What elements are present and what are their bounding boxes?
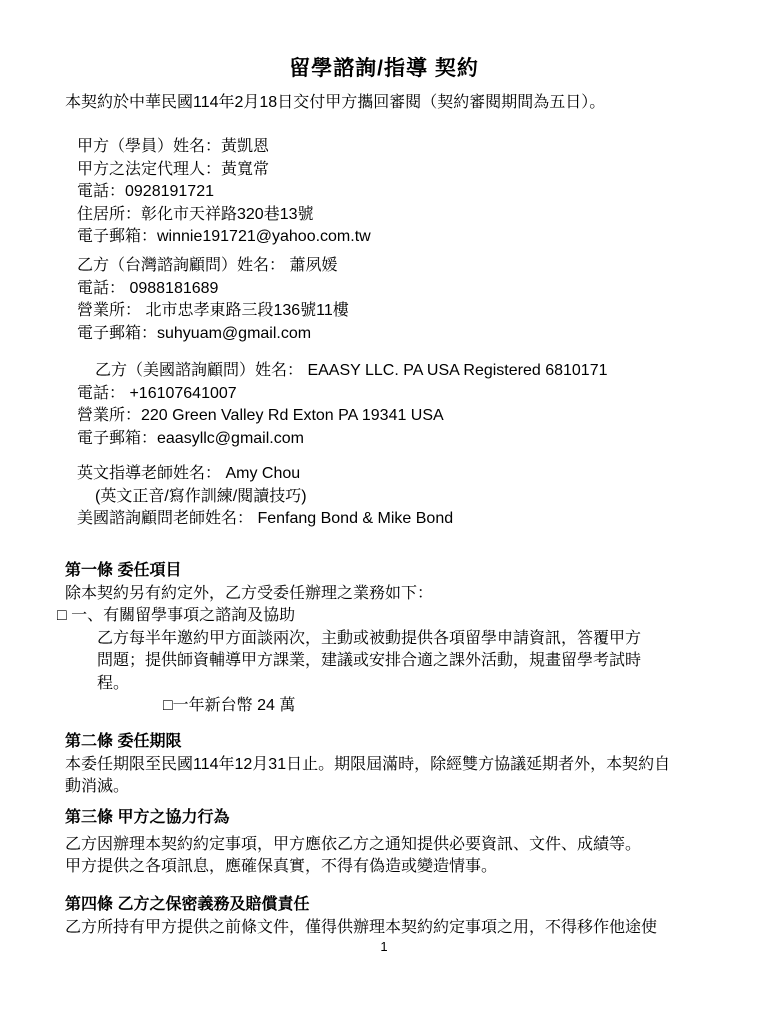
- article-2-body-line-2: 動消滅。: [65, 776, 670, 799]
- party-b-taiwan-section: 乙方（台灣諮詢顧問）姓名： 蕭夙媛 電話： 0988181689 營業所： 北市…: [77, 255, 349, 345]
- article-1-item-1-desc-line-2: 問題；提供師資輔導甲方課業，建議或安排合適之課外活動，規畫留學考試時: [97, 650, 768, 673]
- article-1-heading: 第一條 委任項目: [65, 560, 768, 583]
- party-a-phone: 電話：0928191721: [77, 181, 371, 204]
- party-b-usa-name: 乙方（美國諮詢顧問）姓名： EAASY LLC. PA USA Register…: [77, 360, 608, 383]
- us-consultants-name: 美國諮詢顧問老師姓名： Fenfang Bond & Mike Bond: [77, 508, 453, 531]
- article-3-body-line-2: 甲方提供之各項訊息，應確保真實，不得有偽造或變造情事。: [65, 856, 641, 879]
- article-1-section: 第一條 委任項目 除本契約另有約定外，乙方受委任辦理之業務如下： □ 一、有關留…: [0, 560, 768, 718]
- article-1-intro: 除本契約另有約定外，乙方受委任辦理之業務如下：: [65, 583, 768, 606]
- party-b-usa-office: 營業所：220 Green Valley Rd Exton PA 19341 U…: [77, 405, 608, 428]
- article-1-item-1-desc-line-3: 程。: [97, 673, 768, 696]
- article-2-body-line-1: 本委任期限至民國114年12月31日止。期限屆滿時，除經雙方協議延期者外，本契約…: [65, 754, 670, 777]
- party-b-taiwan-email: 電子郵箱：suhyuam@gmail.com: [77, 323, 349, 346]
- english-tutor-note: (英文正音/寫作訓練/閱讀技巧): [77, 486, 453, 509]
- english-tutor-name: 英文指導老師姓名： Amy Chou: [77, 463, 453, 486]
- party-b-usa-phone: 電話： +16107641007: [77, 383, 608, 406]
- party-a-name: 甲方（學員）姓名：黃凱恩: [77, 136, 371, 159]
- review-notice: 本契約於中華民國114年2月18日交付甲方攜回審閱（契約審閱期間為五日）。: [65, 92, 605, 115]
- party-b-usa-email: 電子郵箱：eaasyllc@gmail.com: [77, 428, 608, 451]
- teachers-section: 英文指導老師姓名： Amy Chou (英文正音/寫作訓練/閱讀技巧) 美國諮詢…: [77, 463, 453, 531]
- article-4-section: 第四條 乙方之保密義務及賠償責任 乙方所持有甲方提供之前條文件，僅得供辦理本契約…: [65, 894, 657, 939]
- page-number: 1: [0, 936, 768, 959]
- article-3-section: 第三條 甲方之協力行為 乙方因辦理本契約約定事項，甲方應依乙方之通知提供必要資訊…: [65, 807, 641, 879]
- article-1-fee: □一年新台幣 24 萬: [163, 695, 768, 718]
- party-b-taiwan-office: 營業所： 北市忠孝東路三段136號11樓: [77, 300, 349, 323]
- article-1-item-1-desc-line-1: 乙方每半年邀約甲方面談兩次，主動或被動提供各項留學申請資訊，答覆甲方: [97, 628, 768, 651]
- party-a-residence: 住居所：彰化市天祥路320巷13號: [77, 204, 371, 227]
- party-a-email: 電子郵箱：winnie191721@yahoo.com.tw: [77, 226, 371, 249]
- party-b-taiwan-phone: 電話： 0988181689: [77, 278, 349, 301]
- article-3-body-line-1: 乙方因辦理本契約約定事項，甲方應依乙方之通知提供必要資訊、文件、成績等。: [65, 834, 641, 857]
- contract-title: 留學諮詢/指導 契約: [0, 52, 768, 82]
- party-b-usa-section: 乙方（美國諮詢顧問）姓名： EAASY LLC. PA USA Register…: [77, 360, 608, 450]
- contract-page: 留學諮詢/指導 契約 本契約於中華民國114年2月18日交付甲方攜回審閱（契約審…: [0, 0, 768, 1024]
- party-a-section: 甲方（學員）姓名：黃凱恩 甲方之法定代理人：黃寬常 電話：0928191721 …: [77, 136, 371, 249]
- article-1-item-1: □ 一、有關留學事項之諮詢及協助: [57, 605, 768, 628]
- article-3-heading: 第三條 甲方之協力行為: [65, 807, 641, 830]
- article-2-section: 第二條 委任期限 本委任期限至民國114年12月31日止。期限屆滿時，除經雙方協…: [65, 731, 670, 799]
- article-2-heading: 第二條 委任期限: [65, 731, 670, 754]
- article-4-heading: 第四條 乙方之保密義務及賠償責任: [65, 894, 657, 917]
- party-b-taiwan-name: 乙方（台灣諮詢顧問）姓名： 蕭夙媛: [77, 255, 349, 278]
- party-a-legal-representative: 甲方之法定代理人：黃寬常: [77, 159, 371, 182]
